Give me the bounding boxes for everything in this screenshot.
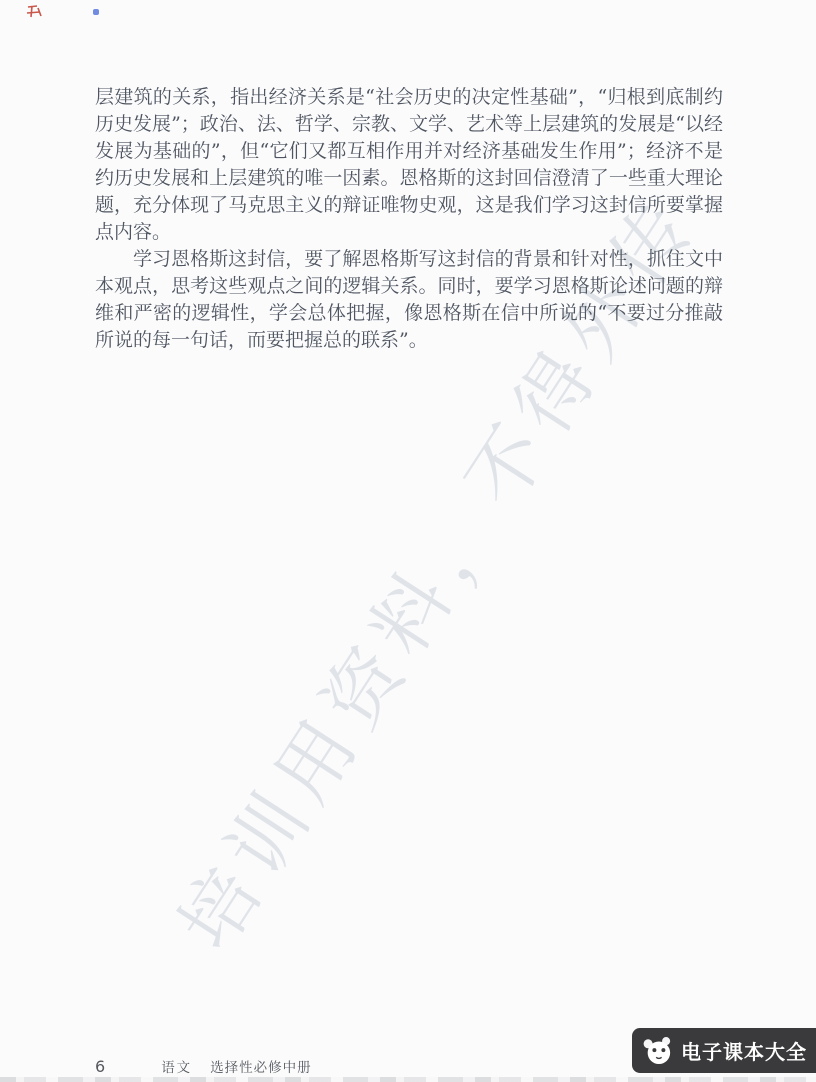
footer-subject: 语文 [161,1056,192,1076]
red-proof-mark-icon [25,4,45,20]
scanned-textbook-page: { "document": { "paragraphs": [ { "lines… [0,0,816,1082]
text-line: 历史发展”；政治、法、哲学、宗教、文学、艺术等上层建筑的发展是“以经济 [95,111,723,138]
text-line: 层建筑的关系，指出经济关系是“社会历史的决定性基础”，“归根到底制约着 [95,84,723,111]
page-footer: 6 语文 选择性必修中册 [95,1056,312,1076]
text-line: 学习恩格斯这封信，要了解恩格斯写这封信的背景和针对性，抓住文中的基 [95,246,723,273]
paragraph: 层建筑的关系，指出经济关系是“社会历史的决定性基础”，“归根到底制约着历史发展”… [95,84,723,246]
text-line: 点内容。 [95,219,723,246]
panda-icon [640,1033,676,1069]
brand-badge: 电子课本大全 [632,1028,816,1073]
brand-text: 电子课本大全 [681,1036,807,1065]
text-line: 题，充分体现了马克思主义的辩证唯物史观，这是我们学习这封信所要掌握的重 [95,192,723,219]
paragraph: 学习恩格斯这封信，要了解恩格斯写这封信的背景和针对性，抓住文中的基本观点，思考这… [95,246,723,354]
text-line: 约历史发展和上层建筑的唯一因素。恩格斯的这封回信澄清了一些重大理论问 [95,165,723,192]
text-line: 维和严密的逻辑性，学会总体把握，像恩格斯在信中所说的“不要过分推敲上面 [95,300,723,327]
text-body: 层建筑的关系，指出经济关系是“社会历史的决定性基础”，“归根到底制约着历史发展”… [95,84,723,354]
scan-bottom-edge [0,1077,816,1082]
footer-book-title: 选择性必修中册 [210,1056,312,1076]
blue-proof-dot-icon [93,9,99,15]
text-line: 所说的每一句话，而要把握总的联系”。 [95,327,723,354]
page-number: 6 [95,1057,105,1076]
text-line: 发展为基础的”，但“它们又都互相作用并对经济基础发生作用”；经济不是制 [95,138,723,165]
text-line: 本观点，思考这些观点之间的逻辑关系。同时，要学习恩格斯论述问题的辩证思 [95,273,723,300]
